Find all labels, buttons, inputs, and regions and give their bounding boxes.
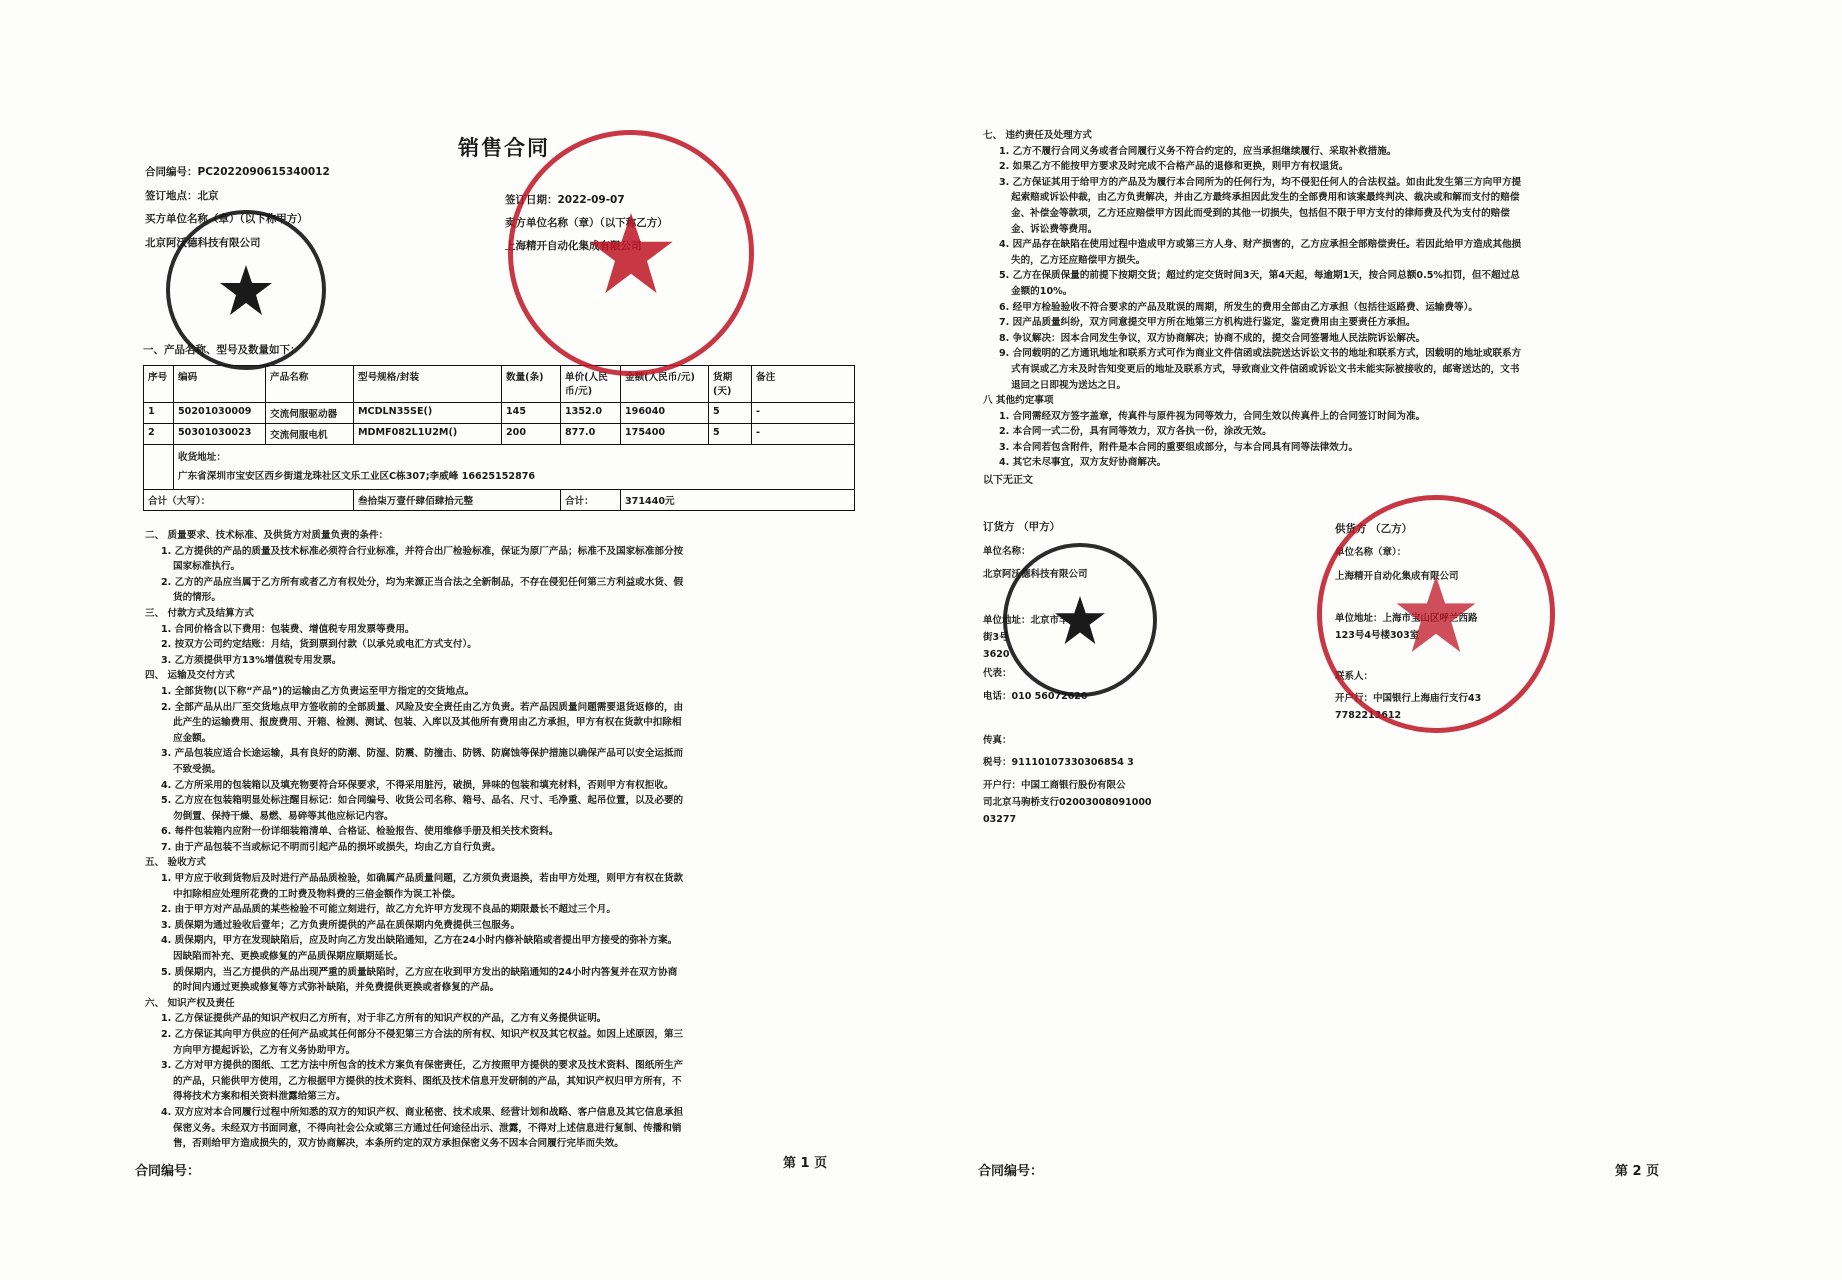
buyer-bank-3: 03277 [983, 813, 1016, 827]
seller-bank: 开户行：中国银行上海庙行支行43 [1335, 692, 1481, 706]
clause-section-title: 四、 运输及交付方式 [145, 668, 685, 684]
seller-address: 单位地址：上海市宝山区呼兰西路 [1335, 612, 1478, 626]
sign-date: 签订日期：2022-09-07 [505, 193, 625, 207]
col-header: 编码 [174, 366, 266, 403]
clause-item: 1. 全部货物(以下称“产品”)的运输由乙方负责运至甲方指定的交货地点。 [145, 684, 685, 700]
page-number: 第 2 页 [1615, 1160, 1659, 1179]
clause-item: 2. 乙方的产品应当属于乙方所有或者乙方有权处分，均为来源正当合法之全新制品，不… [145, 575, 685, 606]
clause-item: 8. 争议解决：因本合同发生争议，双方协商解决；协商不成的，提交合同签署地人民法… [983, 331, 1523, 347]
address-row: 收货地址： 广东省深圳市宝安区西乡街道龙珠社区文乐工业区C栋307;李威峰 16… [144, 445, 855, 490]
clause-item: 7. 因产品质量纠纷，双方同意提交甲方所在地第三方机构进行鉴定，鉴定费用由主要责… [983, 315, 1523, 331]
buyer-label: 买方单位名称（章）（以下称甲方） [145, 212, 308, 226]
cell: MDMF082L1U2M() [354, 424, 502, 445]
cell: MCDLN35SE() [354, 403, 502, 424]
contract-page-1: 销售合同 合同编号：PC2022090615340012 签订地点：北京 买方单… [0, 0, 921, 1280]
clause-section-title: 八 其他约定事项 [983, 393, 1523, 409]
clause-item: 1. 乙方不履行合同义务或者合同履行义务不符合约定的，应当承担继续履行、采取补救… [983, 144, 1523, 160]
delivery-address: 广东省深圳市宝安区西乡街道龙珠社区文乐工业区C栋307;李威峰 16625152… [178, 467, 850, 486]
clause-item: 4. 其它未尽事宜，双方友好协商解决。 [983, 455, 1523, 471]
buyer-name-label: 单位名称： [983, 545, 1031, 559]
cell: 200 [502, 424, 561, 445]
seller-name: 上海精开自动化集成有限公司 [1335, 570, 1459, 584]
col-header: 型号规格/封装 [354, 366, 502, 403]
col-header: 序号 [144, 366, 174, 403]
buyer-address-2: 街3号 [983, 631, 1009, 645]
clause-item: 5. 质保期内，当乙方提供的产品出现严重的质量缺陷时，乙方应在收到甲方发出的缺陷… [145, 965, 685, 996]
clause-item: 2. 本合同一式二份，具有同等效力，双方各执一份，涂改无效。 [983, 424, 1523, 440]
seller-bank-2: 7782213612 [1335, 709, 1401, 723]
clause-item: 1. 甲方应于收到货物后及时进行产品品质检验，如确属产品质量问题，乙方须负责退换… [145, 871, 685, 902]
clause-item: 3. 本合同若包含附件，附件是本合同的重要组成部分，与本合同具有同等法律效力。 [983, 440, 1523, 456]
seller-name: 上海精开自动化集成有限公司 [505, 239, 642, 253]
seller-heading: 供货方 （乙方） [1335, 522, 1412, 536]
seller-address-2: 123号4号楼303室 [1335, 629, 1419, 643]
clause-item: 5. 乙方在保质保量的前提下按期交货；超过约定交货时间3天，第4天起，每逾期1天… [983, 268, 1523, 299]
clause-item: 9. 合同载明的乙方通讯地址和联系方式可作为商业文件信函或法院送达诉讼文书的地址… [983, 346, 1523, 393]
cell: 5 [709, 403, 752, 424]
clause-item: 1. 合同需经双方签字盖章，传真件与原件视为同等效力，合同生效以传真件上的合同签… [983, 409, 1523, 425]
cell: 2 [144, 424, 174, 445]
total-row: 合计（大写）： 叁拾柒万壹仟肆佰肆拾元整 合计： 371440元 [144, 490, 855, 511]
cell: 145 [502, 403, 561, 424]
buyer-phone: 电话：010 56072620 [983, 690, 1088, 704]
cell: 交流伺服驱动器 [266, 403, 354, 424]
table-row: 2 50301030023 交流伺服电机 MDMF082L1U2M() 200 … [144, 424, 855, 445]
cell: 50201030009 [174, 403, 266, 424]
clause-item: 4. 双方应对本合同履行过程中所知悉的双方的知识产权、商业秘密、技术成果、经营计… [145, 1105, 685, 1152]
clause-item: 3. 乙方须提供甲方13%增值税专用发票。 [145, 653, 685, 669]
buyer-representative: 代表： [983, 667, 1012, 681]
clause-item: 2. 如果乙方不能按甲方要求及时完成不合格产品的退修和更换，则甲方有权退货。 [983, 159, 1523, 175]
scanned-contract: 销售合同 合同编号：PC2022090615340012 签订地点：北京 买方单… [0, 0, 1842, 1280]
clause-item: 3. 乙方保证其用于给甲方的产品及为履行本合同所为的任何行为，均不侵犯任何人的合… [983, 175, 1523, 237]
col-header: 金额(人民币/元) [621, 366, 709, 403]
seller-contact: 联系人： [1335, 670, 1373, 684]
cell: 5 [709, 424, 752, 445]
clause-item: 4. 质保期内，甲方在发现缺陷后，应及时向乙方发出缺陷通知，乙方在24小时内修补… [145, 933, 685, 964]
section-1-title: 一、产品名称、型号及数量如下： [143, 343, 301, 357]
clause-item: 7. 由于产品包装不当或标记不明而引起产品的损坏或损失，均由乙方自行负责。 [145, 840, 685, 856]
clause-item: 6. 经甲方检验验收不符合要求的产品及耽误的周期，所发生的费用全部由乙方承担（包… [983, 300, 1523, 316]
end-note: 以下无正文 [983, 474, 1033, 488]
clauses-page-1: 二、 质量要求、技术标准、及供货方对质量负责的条件：1. 乙方提供的产品的质量及… [145, 528, 685, 1152]
seller-name-label: 单位名称（章）： [1335, 546, 1406, 560]
buyer-heading: 订货方 （甲方） [983, 520, 1060, 534]
clause-item: 4. 因产品存在缺陷在使用过程中造成甲方或第三方人身、财产损害的，乙方应承担全部… [983, 237, 1523, 268]
clauses-page-2: 七、 违约责任及处理方式1. 乙方不履行合同义务或者合同履行义务不符合约定的，应… [983, 128, 1523, 471]
seller-company-seal [508, 130, 754, 376]
buyer-address: 单位地址：北京市丰台区 [983, 614, 1088, 628]
document-title: 销售合同 [458, 132, 550, 162]
cell: 1 [144, 403, 174, 424]
footer-contract-no: 合同编号： [135, 1160, 200, 1179]
clause-item: 5. 乙方应在包装箱明显处标注醒目标记：如合同编号、收货公司名称、箱号、品名、尺… [145, 793, 685, 824]
cell: 175400 [621, 424, 709, 445]
clause-item: 1. 乙方保证提供产品的知识产权归乙方所有，对于非乙方所有的知识产权的产品，乙方… [145, 1011, 685, 1027]
buyer-bank-2: 司北京马驹桥支行02003008091000 [983, 796, 1152, 810]
clause-item: 3. 质保期为通过验收后壹年；乙方负责所提供的产品在质保期内免费提供三包服务。 [145, 918, 685, 934]
clause-section-title: 三、 付款方式及结算方式 [145, 606, 685, 622]
buyer-tax-number: 税号：91110107330306854 3 [983, 756, 1134, 770]
clause-item: 2. 由于甲方对产品品质的某些检验不可能立刻进行，故乙方允许甲方发现不良品的期限… [145, 902, 685, 918]
clause-section-title: 七、 违约责任及处理方式 [983, 128, 1523, 144]
clause-section-title: 二、 质量要求、技术标准、及供货方对质量负责的条件： [145, 528, 685, 544]
clause-section-title: 五、 验收方式 [145, 855, 685, 871]
total-upper-label: 合计（大写）： [144, 490, 354, 511]
cell: - [752, 403, 855, 424]
clause-item: 3. 产品包装应适合长途运输，具有良好的防潮、防湿、防震、防撞击、防锈、防腐蚀等… [145, 746, 685, 777]
col-header: 数量(条) [502, 366, 561, 403]
seller-label: 卖方单位名称（章）（以下称乙方） [505, 216, 668, 230]
clause-item: 2. 乙方保证其向甲方供应的任何产品或其任何部分不侵犯第三方合法的所有权、知识产… [145, 1027, 685, 1058]
cell: - [752, 424, 855, 445]
cell: 196040 [621, 403, 709, 424]
col-header: 货期(天) [709, 366, 752, 403]
buyer-address-3: 3620 [983, 648, 1009, 662]
cell: 交流伺服电机 [266, 424, 354, 445]
total-amount: 371440元 [621, 490, 855, 511]
cell: 877.0 [561, 424, 621, 445]
col-header: 备注 [752, 366, 855, 403]
clause-item: 4. 乙方所采用的包装箱以及填充物要符合环保要求，不得采用脏污，破损，异味的包装… [145, 778, 685, 794]
table-row: 1 50201030009 交流伺服驱动器 MCDLN35SE() 145 13… [144, 403, 855, 424]
buyer-bank: 开户行：中国工商银行股份有限公 [983, 779, 1126, 793]
col-header: 产品名称 [266, 366, 354, 403]
contract-number: 合同编号：PC2022090615340012 [145, 165, 330, 179]
clause-item: 6. 每件包装箱内应附一份详细装箱清单、合格证、检验报告、使用维修手册及相关技术… [145, 824, 685, 840]
buyer-fax: 传真： [983, 734, 1012, 748]
total-label: 合计： [561, 490, 621, 511]
sign-place: 签订地点：北京 [145, 189, 219, 203]
star-icon [220, 265, 272, 315]
clause-section-title: 六、 知识产权及责任 [145, 996, 685, 1012]
product-table: 序号 编码 产品名称 型号规格/封装 数量(条) 单价(人民币/元) 金额(人民… [143, 365, 855, 511]
cell: 50301030023 [174, 424, 266, 445]
clause-item: 2. 按双方公司约定结账：月结，货到票到付款（以承兑或电汇方式支付）。 [145, 637, 685, 653]
clause-item: 1. 合同价格含以下费用：包装费、增值税专用发票等费用。 [145, 622, 685, 638]
buyer-name: 北京阿沃德科技有限公司 [983, 568, 1088, 582]
buyer-name: 北京阿沃德科技有限公司 [145, 236, 261, 250]
total-upper: 叁拾柒万壹仟肆佰肆拾元整 [354, 490, 561, 511]
footer-contract-no: 合同编号： [978, 1160, 1043, 1179]
table-header-row: 序号 编码 产品名称 型号规格/封装 数量(条) 单价(人民币/元) 金额(人民… [144, 366, 855, 403]
address-label: 收货地址： [178, 448, 850, 467]
clause-item: 2. 全部产品从出厂至交货地点甲方签收前的全部质量、风险及安全责任由乙方负责。若… [145, 700, 685, 747]
page-number: 第 1 页 [783, 1152, 827, 1171]
contract-page-2: 七、 违约责任及处理方式1. 乙方不履行合同义务或者合同履行义务不符合约定的，应… [921, 0, 1842, 1280]
clause-item: 1. 乙方提供的产品的质量及技术标准必须符合行业标准，并符合出厂检验标准，保证为… [145, 544, 685, 575]
clause-item: 3. 乙方对甲方提供的图纸、工艺方法中所包含的技术方案负有保密责任，乙方按照甲方… [145, 1058, 685, 1105]
col-header: 单价(人民币/元) [561, 366, 621, 403]
cell: 1352.0 [561, 403, 621, 424]
